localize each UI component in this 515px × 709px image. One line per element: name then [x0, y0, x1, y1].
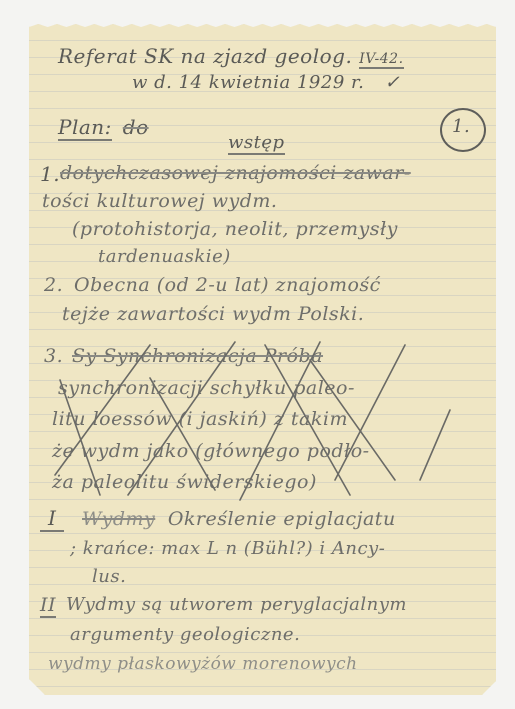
item-1-line-4: tardenuaskie)	[98, 246, 231, 267]
item-1-line-1: dotychczasowej znajomości zawar-	[60, 162, 411, 184]
header-date-note: IV-42.	[359, 51, 403, 69]
plan-label: Plan:	[58, 115, 112, 141]
header-line-1: Referat SK na zjazd geolog. IV-42.	[58, 44, 404, 68]
plan-heading: Plan: do	[58, 115, 149, 139]
section-1-numeral: I	[40, 506, 64, 532]
item-3-line-3: litu loessów (i jaskiń) z takim	[52, 408, 348, 430]
section-2-line-3: wydmy płaskowyżów morenowych	[48, 654, 358, 674]
item-2-number: 2.	[44, 274, 63, 296]
check-mark: ✓	[385, 72, 401, 93]
item-2-line-2: tejże zawartości wydm Polski.	[62, 303, 364, 325]
item-1-line-2: tości kulturowej wydm.	[42, 190, 277, 212]
section-2-numeral: II	[40, 594, 56, 618]
item-2-line-1: Obecna (od 2-u lat) znajomość	[74, 274, 381, 296]
section-1-line-2: ; krańce: max L n (Bühl?) i Ancy-	[70, 538, 385, 559]
item-3-line-2: synchronizacji schyłku paleo-	[58, 377, 355, 399]
plan-crossed-word: do	[123, 115, 149, 139]
intro-heading: wstęp	[228, 132, 285, 155]
section-2-line-2: argumenty geologiczne.	[70, 624, 300, 645]
item-1-number: 1.	[40, 162, 60, 186]
section-1-line-3: lus.	[92, 566, 126, 587]
header-date: w d. 14 kwietnia 1929 r.	[132, 72, 364, 93]
item-3-line-5: ża paleolitu świderskiego)	[52, 471, 317, 493]
section-1-line-1: Wydmy Określenie epiglacjatu	[82, 508, 396, 530]
page-number: 1.	[452, 116, 470, 137]
section-2-line-1: Wydmy są utworem peryglacjalnym	[66, 594, 407, 615]
item-3-line-1: Sy Synchronizacja Próba	[72, 345, 323, 367]
item-1-line-3: (protohistorja, neolit, przemysły	[72, 218, 398, 240]
header-line-2: w d. 14 kwietnia 1929 r. ✓	[132, 72, 400, 93]
item-3-line-4: że wydm jako (głównego podło-	[52, 440, 370, 462]
item-3-number: 3.	[44, 345, 63, 367]
header-title: Referat SK na zjazd geolog.	[58, 44, 352, 68]
